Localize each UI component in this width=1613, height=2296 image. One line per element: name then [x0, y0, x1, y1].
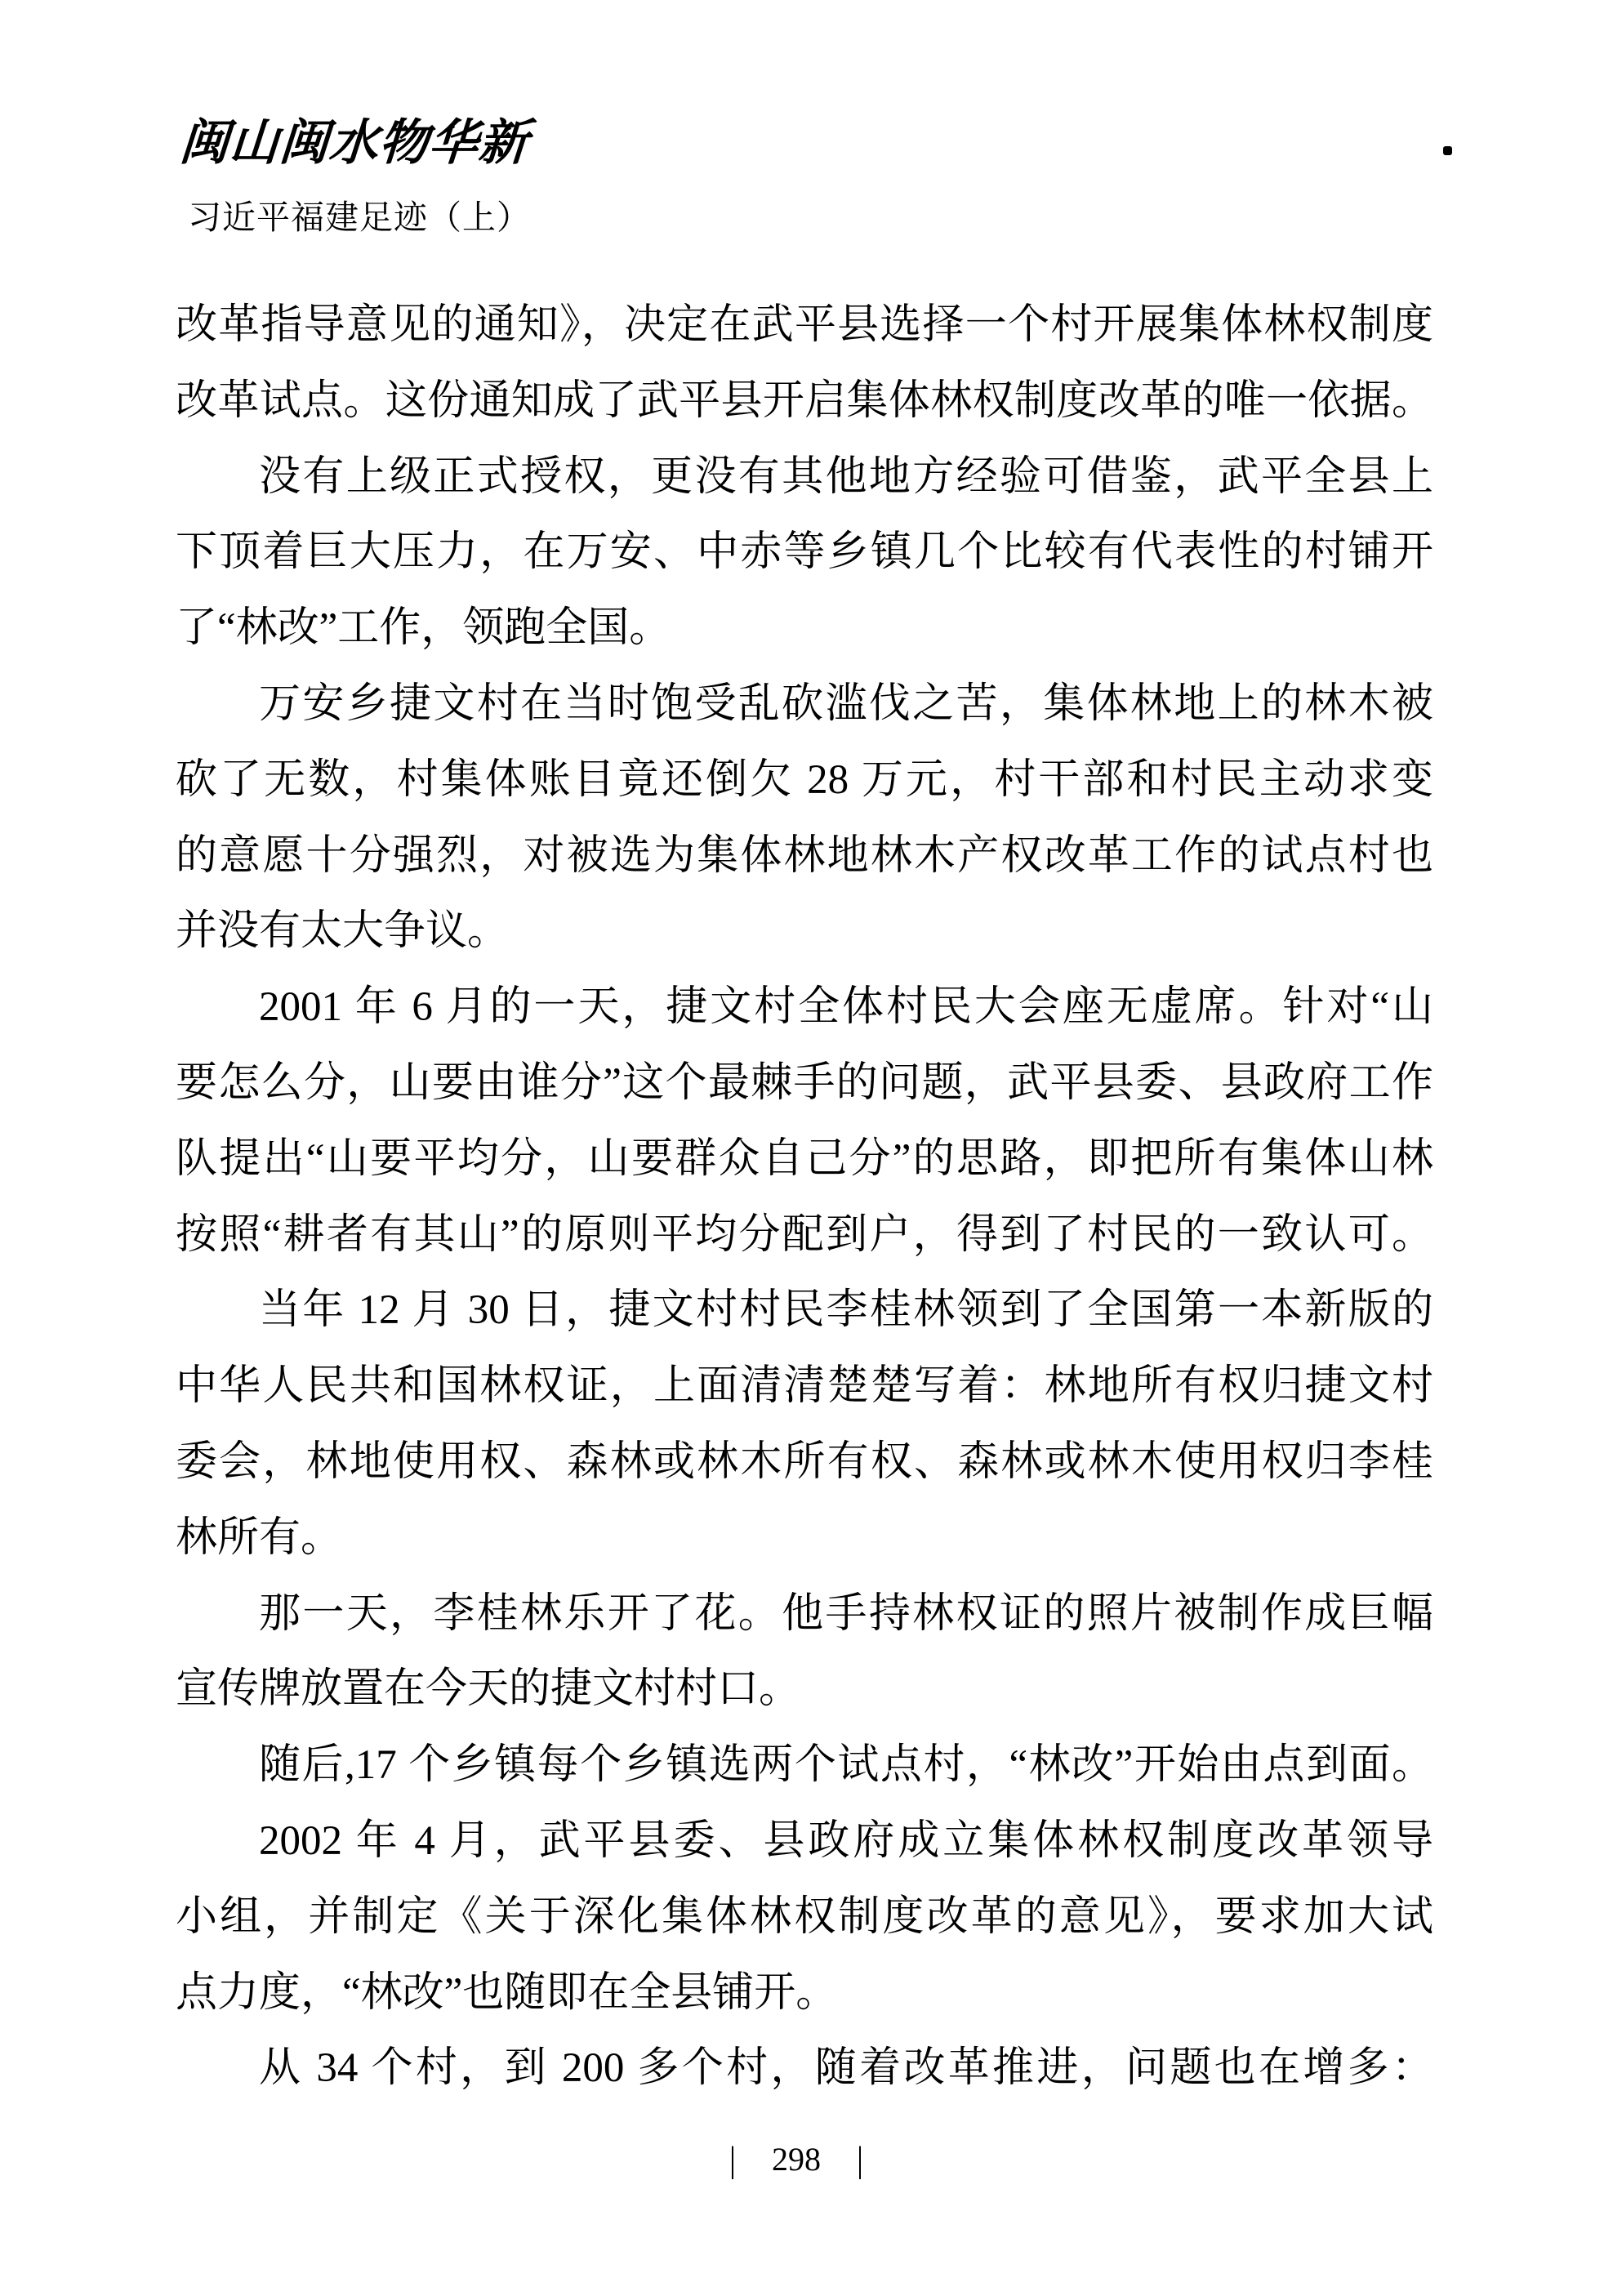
text-line: 林所有。	[176, 1500, 1433, 1576]
text-line: 下顶着巨大压力，在万安、中赤等乡镇几个比较有代表性的村铺开	[176, 515, 1433, 591]
text-line: 中华人民共和国林权证，上面清清楚楚写着：林地所有权归捷文村	[176, 1349, 1433, 1424]
text-line: 点力度，“林改”也随即在全县铺开。	[176, 1955, 1433, 2031]
book-title: 习近平福建足迹（上）	[188, 196, 531, 239]
text-line: 2002 年 4 月，武平县委、县政府成立集体林权制度改革领导	[176, 1803, 1433, 1879]
footer-bar-left: |	[729, 2138, 736, 2182]
text-line: 并没有太大争议。	[176, 894, 1433, 970]
book-page: 闽山闽水物华新 习近平福建足迹（上） 改革指导意见的通知》，决定在武平县选择一个…	[0, 0, 1613, 2296]
text-line: 随后,17 个乡镇每个乡镇选两个试点村，“林改”开始由点到面。	[176, 1728, 1433, 1803]
text-line: 改革指导意见的通知》，决定在武平县选择一个村开展集体林权制度	[176, 288, 1433, 363]
text-line: 队提出“山要平均分，山要群众自己分”的思路，即把所有集体山林	[176, 1121, 1433, 1197]
text-line: 宣传牌放置在今天的捷文村村口。	[176, 1652, 1433, 1728]
page-number: 298	[772, 2140, 821, 2179]
series-calligraphy-title: 闽山闽水物华新	[178, 114, 531, 172]
text-line: 砍了无数，村集体账目竟还倒欠 28 万元，村干部和村民主动求变	[176, 742, 1433, 818]
text-line: 委会，林地使用权、森林或林木所有权、森林或林木使用权归李桂	[176, 1424, 1433, 1500]
text-line: 当年 12 月 30 日，捷文村村民李桂林领到了全国第一本新版的	[176, 1273, 1433, 1349]
text-line: 按照“耕者有其山”的原则平均分配到户，得到了村民的一致认可。	[176, 1197, 1433, 1273]
text-line: 万安乡捷文村在当时饱受乱砍滥伐之苦，集体林地上的林木被	[176, 667, 1433, 742]
text-line: 了“林改”工作，领跑全国。	[176, 591, 1433, 667]
text-line: 2001 年 6 月的一天，捷文村全体村民大会座无虚席。针对“山	[176, 970, 1433, 1045]
text-line: 的意愿十分强烈，对被选为集体林地林木产权改革工作的试点村也	[176, 818, 1433, 894]
ink-speck	[1443, 146, 1452, 155]
text-line: 那一天，李桂林乐开了花。他手持林权证的照片被制作成巨幅	[176, 1576, 1433, 1652]
text-line: 改革试点。这份通知成了武平县开启集体林权制度改革的唯一依据。	[176, 363, 1433, 439]
text-line: 没有上级正式授权，更没有其他地方经验可借鉴，武平全县上	[176, 439, 1433, 515]
text-line: 要怎么分，山要由谁分”这个最棘手的问题，武平县委、县政府工作	[176, 1045, 1433, 1121]
body-text: 改革指导意见的通知》，决定在武平县选择一个村开展集体林权制度改革试点。这份通知成…	[176, 288, 1433, 2107]
footer-bar-right: |	[857, 2138, 863, 2182]
text-line: 从 34 个村，到 200 多个村，随着改革推进，问题也在增多：	[176, 2031, 1433, 2107]
text-line: 小组，并制定《关于深化集体林权制度改革的意见》，要求加大试	[176, 1879, 1433, 1955]
page-footer: | 298 |	[0, 2140, 1593, 2179]
